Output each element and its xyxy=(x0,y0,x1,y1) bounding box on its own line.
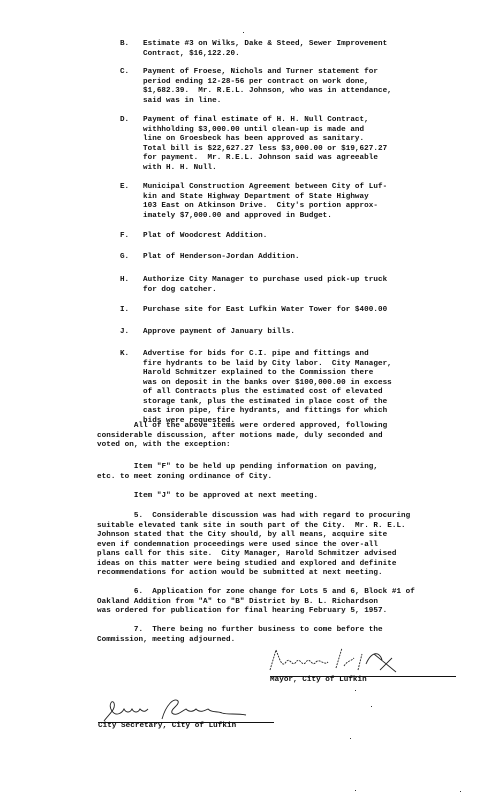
city-secretary-signature xyxy=(100,695,250,725)
paragraph-6-line: Oakland Addition from "A" to "B" Distric… xyxy=(97,598,378,606)
item-c-line: $1,682.39. Mr. R.E.L. Johnson, who was i… xyxy=(143,87,392,95)
paragraph-5-line: plans call for this site. City Manager, … xyxy=(97,550,396,558)
item-d-line: withholding $3,000.00 until clean-up is … xyxy=(143,126,364,134)
paragraph-5-line: 5. Considerable discussion was had with … xyxy=(97,512,410,520)
exception-f-line: Item "F" to be held up pending informati… xyxy=(97,463,378,471)
scan-speck xyxy=(355,690,356,691)
paragraph-7-line: Commission, meeting adjourned. xyxy=(97,636,235,644)
summary-line: voted on, with the exception: xyxy=(97,441,231,449)
paragraph-5: 5. Considerable discussion was had with … xyxy=(97,512,410,579)
item-e-line: 103 East on Atkinson Drive. City's porti… xyxy=(143,202,378,210)
item-f: Plat of Woodcrest Addition. xyxy=(143,232,267,242)
paragraph-7-line: 7. There being no further business to co… xyxy=(97,626,383,634)
scan-speck xyxy=(355,790,356,791)
scan-speck xyxy=(460,791,461,792)
item-g: Plat of Henderson-Jordan Addition. xyxy=(143,253,300,263)
item-b-letter: B. xyxy=(120,40,129,48)
item-d-line: for payment. Mr. R.E.L. Johnson said was… xyxy=(143,154,378,162)
item-e-line: Municipal Construction Agreement between… xyxy=(143,183,387,191)
item-e-line: kin and State Highway Department of Stat… xyxy=(143,193,369,201)
item-d-line: Total bill is $22,627.27 less $3,000.00 … xyxy=(143,145,387,153)
item-c-letter: C. xyxy=(120,68,129,76)
item-k-line: cast iron pipe, fire hydrants, and fitti… xyxy=(143,407,387,415)
item-c: Payment of Froese, Nichols and Turner st… xyxy=(143,68,392,106)
paragraph-5-line: even if condemnation proceedings were us… xyxy=(97,541,378,549)
item-d: Payment of final estimate of H. H. Null … xyxy=(143,116,387,173)
item-k-line: Harold Schmitzer explained to the Commis… xyxy=(143,369,373,377)
item-i: Purchase site for East Lufkin Water Towe… xyxy=(143,306,387,316)
exception-item-j: Item "J" to be approved at next meeting. xyxy=(97,492,318,502)
item-b-line: Estimate #3 on Wilks, Dake & Steed, Sewe… xyxy=(143,40,387,48)
item-f-letter: F. xyxy=(120,232,129,240)
mayor-title: Mayor, City of Lufkin xyxy=(270,676,367,686)
item-k-line: storage tank, plus the estimated in plac… xyxy=(143,398,387,406)
item-b: Estimate #3 on Wilks, Dake & Steed, Sewe… xyxy=(143,40,387,59)
summary-paragraph: All of the above items were ordered appr… xyxy=(97,422,387,451)
item-c-line: said was in line. xyxy=(143,97,221,105)
scan-speck xyxy=(350,738,351,739)
exception-item-f: Item "F" to be held up pending informati… xyxy=(97,463,378,482)
item-h-letter: H. xyxy=(120,276,129,284)
item-e-letter: E. xyxy=(120,183,129,191)
item-j-letter: J. xyxy=(120,328,129,336)
item-d-line: line on Groesbeck has been approved as s… xyxy=(143,135,364,143)
item-h-line: for dog catcher. xyxy=(143,286,217,294)
item-i-letter: I. xyxy=(120,306,129,314)
scan-speck xyxy=(243,32,244,33)
item-c-line: Payment of Froese, Nichols and Turner st… xyxy=(143,68,378,76)
paragraph-6: 6. Application for zone change for Lots … xyxy=(97,588,415,617)
scanned-document-page: B. Estimate #3 on Wilks, Dake & Steed, S… xyxy=(0,0,486,800)
item-h-line: Authorize City Manager to purchase used … xyxy=(143,276,387,284)
item-k-letter: K. xyxy=(120,350,129,358)
summary-line: All of the above items were ordered appr… xyxy=(97,422,387,430)
exception-f-line: etc. to meet zoning ordinance of City. xyxy=(97,473,272,481)
item-d-letter: D. xyxy=(120,116,129,124)
item-g-letter: G. xyxy=(120,253,129,261)
item-d-line: with H. H. Null. xyxy=(143,164,217,172)
summary-line: considerable discussion, after motions m… xyxy=(97,432,383,440)
item-b-line: Contract, $16,122.20. xyxy=(143,50,240,58)
item-k: Advertise for bids for C.I. pipe and fit… xyxy=(143,350,392,426)
city-secretary-title: City Secretary, City of Lufkin xyxy=(98,722,236,732)
item-h: Authorize City Manager to purchase used … xyxy=(143,276,387,295)
scan-speck xyxy=(371,706,372,707)
item-e: Municipal Construction Agreement between… xyxy=(143,183,387,221)
paragraph-5-line: suitable elevated tank site in south par… xyxy=(97,522,406,530)
mayor-signature xyxy=(262,640,402,676)
item-e-line: imately $7,000.00 and approved in Budget… xyxy=(143,212,332,220)
paragraph-5-line: recommendations for action would be subm… xyxy=(97,569,383,577)
item-d-line: Payment of final estimate of H. H. Null … xyxy=(143,116,369,124)
item-k-line: was on deposit in the banks over $100,00… xyxy=(143,379,392,387)
paragraph-5-line: ideas on this matter were being studied … xyxy=(97,560,396,568)
paragraph-5-line: Johnson stated that the City should, by … xyxy=(97,531,387,539)
item-k-line: fire hydrants to be laid by City labor. … xyxy=(143,360,392,368)
item-j: Approve payment of January bills. xyxy=(143,328,295,338)
item-k-line: of all Contracts plus the estimated cost… xyxy=(143,388,383,396)
paragraph-6-line: was ordered for publication for final he… xyxy=(97,607,387,615)
item-k-line: Advertise for bids for C.I. pipe and fit… xyxy=(143,350,369,358)
paragraph-6-line: 6. Application for zone change for Lots … xyxy=(97,588,415,596)
item-c-line: period ending 12-28-56 per contract on w… xyxy=(143,78,369,86)
